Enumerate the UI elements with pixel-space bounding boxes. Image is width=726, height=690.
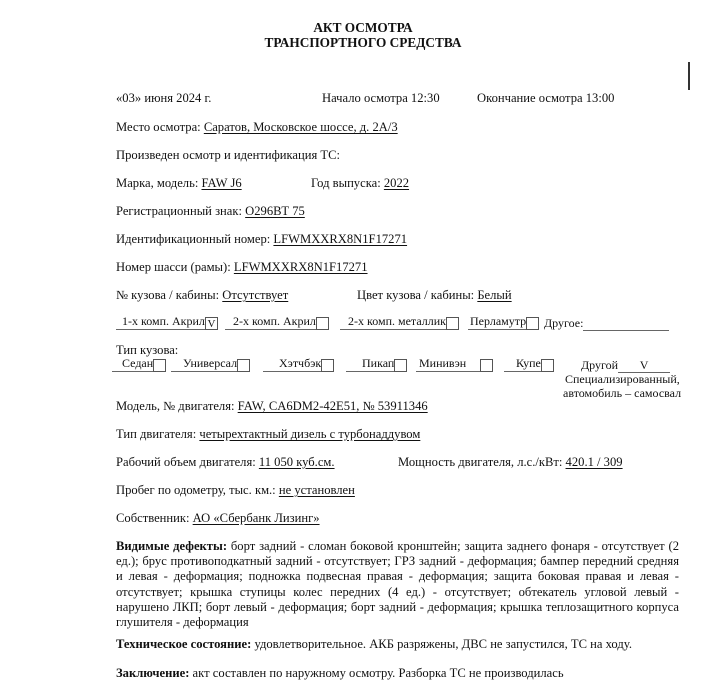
body-type-wagon[interactable]: Универсал <box>171 357 250 372</box>
checkbox[interactable] <box>526 317 539 330</box>
paint-option-label: Перламутр <box>468 315 526 330</box>
mileage-value: не установлен <box>279 483 355 497</box>
owner-value: АО «Сбербанк Лизинг» <box>193 511 320 525</box>
displacement-value: 11 050 куб.см. <box>259 455 335 469</box>
make-label: Марка, модель: <box>116 176 201 190</box>
inspection-end: Окончание осмотра 13:00 <box>477 91 614 106</box>
body-type-sedan[interactable]: Седан <box>112 357 166 372</box>
make-row: Марка, модель: FAW J6 <box>116 176 242 191</box>
engine-type-row: Тип двигателя: четырехтактный дизель с т… <box>116 427 420 442</box>
engine-model-value: FAW, CA6DM2-42E51, № 53911346 <box>238 399 428 413</box>
body-type-pickup[interactable]: Пикап <box>346 357 407 372</box>
engine-type-label: Тип двигателя: <box>116 427 199 441</box>
chassis-row: Номер шасси (рамы): LFWMXXRX8N1F17271 <box>116 260 368 275</box>
paint-option-label: 2-х комп. металлик <box>340 315 446 330</box>
owner-row: Собственник: АО «Сбербанк Лизинг» <box>116 511 320 526</box>
body-number-value: Отсутствует <box>222 288 288 302</box>
conclusion-value: акт составлен по наружному осмотру. Разб… <box>189 666 563 680</box>
year-value: 2022 <box>384 176 409 190</box>
vin-label: Идентификационный номер: <box>116 232 273 246</box>
body-type-option-label: Хэтчбэк <box>263 357 321 372</box>
body-type-option-label: Минивэн <box>416 357 480 372</box>
checkbox[interactable] <box>321 359 334 372</box>
body-type-option-label: Седан <box>112 357 153 372</box>
engine-type-value: четырехтактный дизель с турбонаддувом <box>199 427 420 441</box>
power-row: Мощность двигателя, л.с./кВт: 420.1 / 30… <box>398 455 623 470</box>
paint-option-acryl1[interactable]: 1-х комп. АкрилV <box>116 315 218 330</box>
conclusion-row: Заключение: акт составлен по наружному о… <box>116 666 564 681</box>
document-title-line1: АКТ ОСМОТРА <box>0 20 726 36</box>
inspection-start: Начало осмотра 12:30 <box>322 91 440 106</box>
paint-other-line[interactable] <box>583 318 669 331</box>
reg-value: О296ВТ 75 <box>245 204 305 218</box>
year-row: Год выпуска: 2022 <box>311 176 409 191</box>
text-cursor <box>688 62 690 90</box>
chassis-label: Номер шасси (рамы): <box>116 260 234 274</box>
defects-label: Видимые дефекты: <box>116 539 227 553</box>
paint-option-pearl[interactable]: Перламутр <box>468 315 539 330</box>
paint-option-label: 1-х комп. Акрил <box>116 315 205 330</box>
defects-paragraph: Видимые дефекты: борт задний - сломан бо… <box>116 539 679 630</box>
body-number-row: № кузова / кабины: Отсутствует <box>116 288 288 303</box>
tech-state-label: Техническое состояние: <box>116 637 251 651</box>
reg-row: Регистрационный знак: О296ВТ 75 <box>116 204 305 219</box>
place-row: Место осмотра: Саратов, Московское шоссе… <box>116 120 398 135</box>
paint-other-label: Другое: <box>544 316 583 330</box>
body-type-minivan[interactable]: Минивэн <box>416 357 493 372</box>
checkbox[interactable] <box>316 317 329 330</box>
reg-label: Регистрационный знак: <box>116 204 245 218</box>
inspection-date: «03» июня 2024 г. <box>116 91 211 106</box>
year-label: Год выпуска: <box>311 176 384 190</box>
displacement-label: Рабочий объем двигателя: <box>116 455 259 469</box>
body-type-other-mark[interactable]: V <box>618 359 670 373</box>
checkbox[interactable]: V <box>205 317 218 330</box>
tech-state-row: Техническое состояние: удовлетворительно… <box>116 637 632 652</box>
checkbox[interactable] <box>541 359 554 372</box>
place-value: Саратов, Московское шоссе, д. 2А/3 <box>204 120 398 134</box>
body-type-coupe[interactable]: Купе <box>504 357 554 372</box>
displacement-row: Рабочий объем двигателя: 11 050 куб.см. <box>116 455 335 470</box>
checkbox[interactable] <box>480 359 493 372</box>
body-type-option-label: Купе <box>504 357 541 372</box>
color-row: Цвет кузова / кабины: Белый <box>357 288 512 303</box>
checkbox[interactable] <box>394 359 407 372</box>
paint-option-acryl2[interactable]: 2-х комп. Акрил <box>225 315 329 330</box>
owner-label: Собственник: <box>116 511 193 525</box>
checkbox[interactable] <box>153 359 166 372</box>
checkbox[interactable] <box>446 317 459 330</box>
identification-heading: Произведен осмотр и идентификация ТС: <box>116 148 340 163</box>
body-type-option-label: Универсал <box>171 357 237 372</box>
power-label: Мощность двигателя, л.с./кВт: <box>398 455 566 469</box>
body-type-other-desc2: автомобиль – самосвал <box>563 386 681 401</box>
body-number-label: № кузова / кабины: <box>116 288 222 302</box>
vin-value: LFWMXXRX8N1F17271 <box>273 232 407 246</box>
document-title-line2: ТРАНСПОРТНОГО СРЕДСТВА <box>0 35 726 51</box>
paint-option-label: 2-х комп. Акрил <box>225 315 316 330</box>
make-value: FAW J6 <box>201 176 241 190</box>
mileage-label: Пробег по одометру, тыс. км.: <box>116 483 279 497</box>
power-value: 420.1 / 309 <box>566 455 623 469</box>
tech-state-value: удовлетворительное. АКБ разряжены, ДВС н… <box>251 637 632 651</box>
paint-other: Другое: <box>544 316 669 331</box>
mileage-row: Пробег по одометру, тыс. км.: не установ… <box>116 483 355 498</box>
vin-row: Идентификационный номер: LFWMXXRX8N1F172… <box>116 232 407 247</box>
body-type-hatchback[interactable]: Хэтчбэк <box>263 357 334 372</box>
conclusion-label: Заключение: <box>116 666 189 680</box>
engine-model-row: Модель, № двигателя: FAW, CA6DM2-42E51, … <box>116 399 428 414</box>
color-value: Белый <box>477 288 511 302</box>
body-type-option-label: Пикап <box>346 357 394 372</box>
body-type-other: ДругойV <box>581 358 670 373</box>
paint-option-metallic[interactable]: 2-х комп. металлик <box>340 315 459 330</box>
body-type-other-desc1: Специализированный, <box>565 372 680 387</box>
checkbox[interactable] <box>237 359 250 372</box>
chassis-value: LFWMXXRX8N1F17271 <box>234 260 368 274</box>
engine-model-label: Модель, № двигателя: <box>116 399 238 413</box>
body-type-other-label: Другой <box>581 358 618 372</box>
color-label: Цвет кузова / кабины: <box>357 288 477 302</box>
place-label: Место осмотра: <box>116 120 204 134</box>
